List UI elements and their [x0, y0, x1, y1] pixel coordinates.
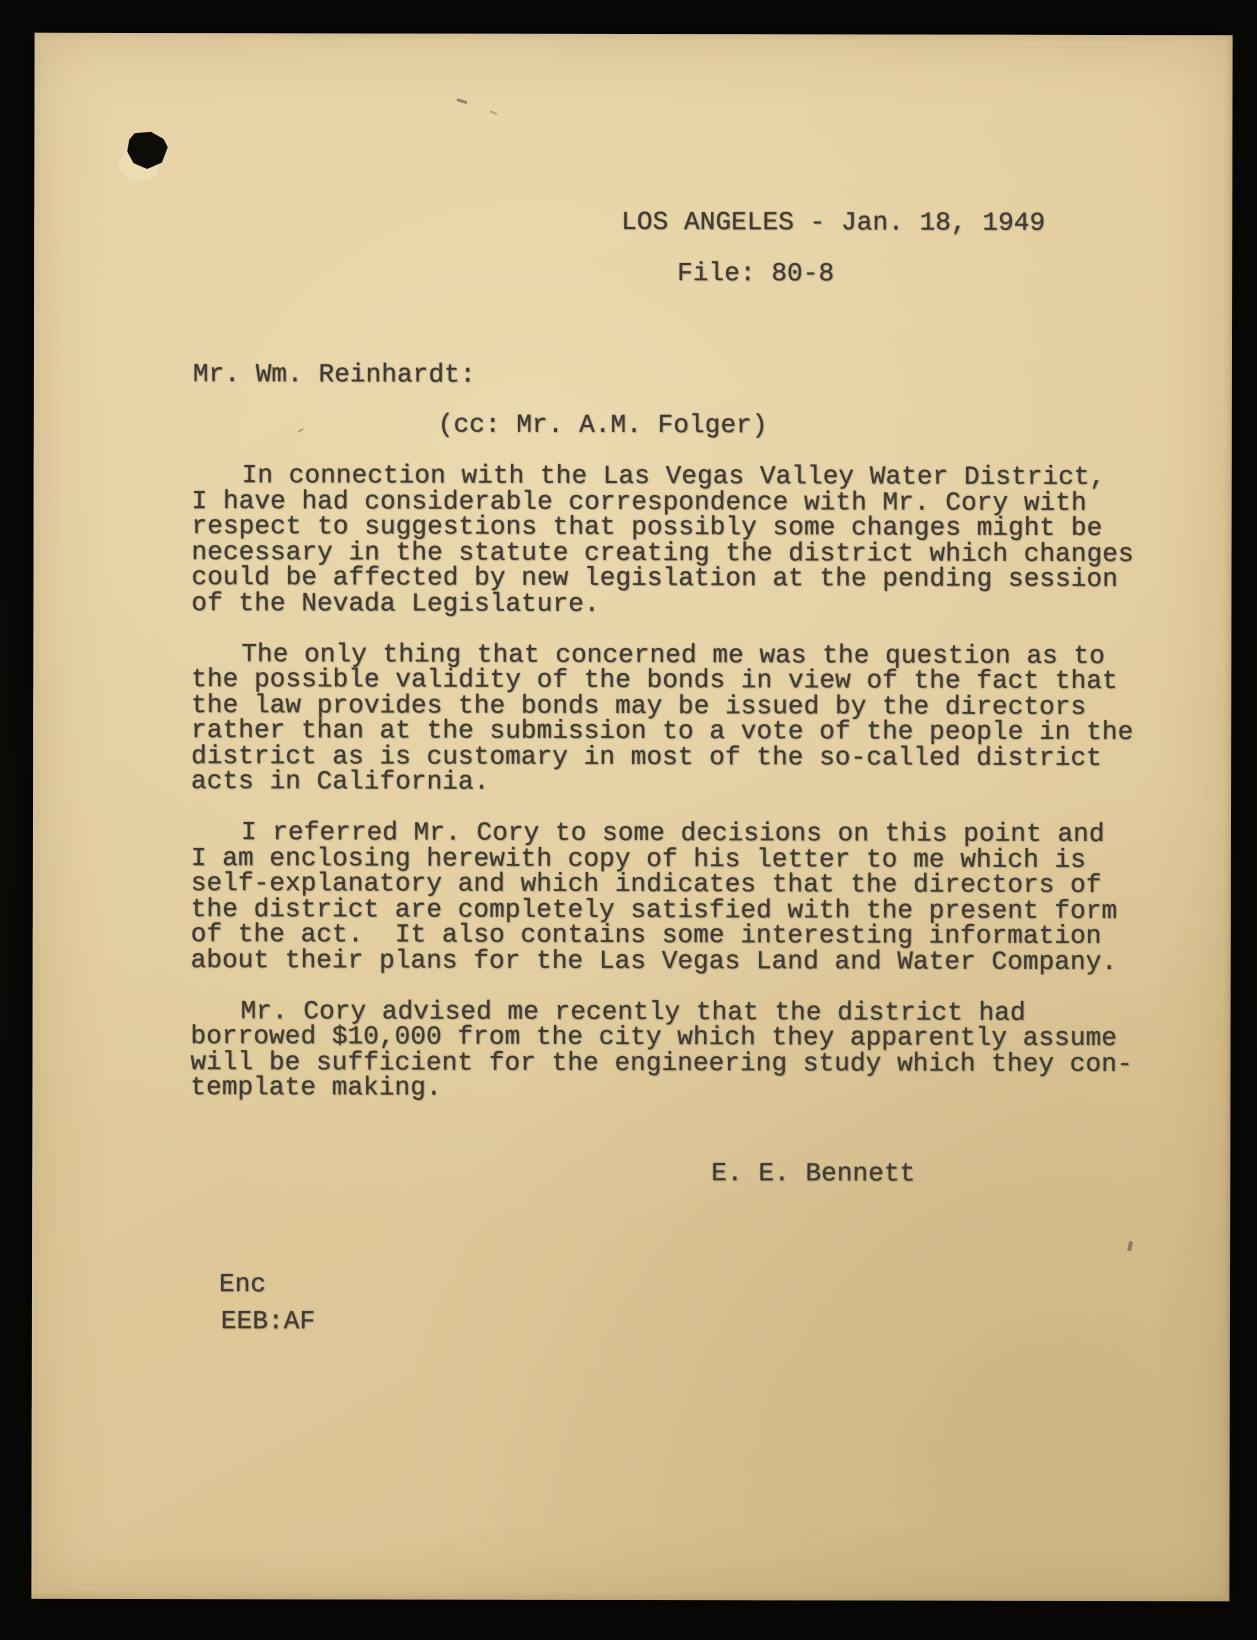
scan-speck: [489, 110, 497, 115]
signature: E. E. Bennett: [711, 1161, 915, 1187]
cc-line: (cc: Mr. A.M. Folger): [438, 413, 768, 439]
letter-line: acts in California.: [191, 769, 1133, 796]
dateline: LOS ANGELES - Jan. 18, 1949: [621, 210, 1045, 236]
letter-paragraph: In connection with the Las Vegas Valley …: [191, 463, 1133, 618]
letter-body: In connection with the Las Vegas Valley …: [190, 463, 1133, 1102]
letter-paper: LOS ANGELES - Jan. 18, 1949 File: 80-8 M…: [31, 33, 1232, 1602]
reference-initials: EEB:AF: [221, 1309, 315, 1335]
scan-speck: [456, 98, 467, 104]
letter-paragraph: I referred Mr. Cory to some decisions on…: [191, 820, 1133, 975]
letter-paragraph: The only thing that concerned me was the…: [191, 642, 1133, 797]
file-number: File: 80-8: [677, 261, 834, 287]
letter-paragraph: Mr. Cory advised me recently that the di…: [190, 999, 1132, 1103]
letter-line: about their plans for the Las Vegas Land…: [191, 948, 1133, 975]
letter-line: template making.: [190, 1075, 1132, 1102]
scan-speck: [1127, 1241, 1133, 1252]
letter-line: of the Nevada Legislature.: [191, 591, 1133, 618]
scan-speck: [298, 428, 304, 433]
enclosure-note: Enc: [219, 1272, 266, 1298]
salutation: Mr. Wm. Reinhardt:: [193, 362, 476, 388]
